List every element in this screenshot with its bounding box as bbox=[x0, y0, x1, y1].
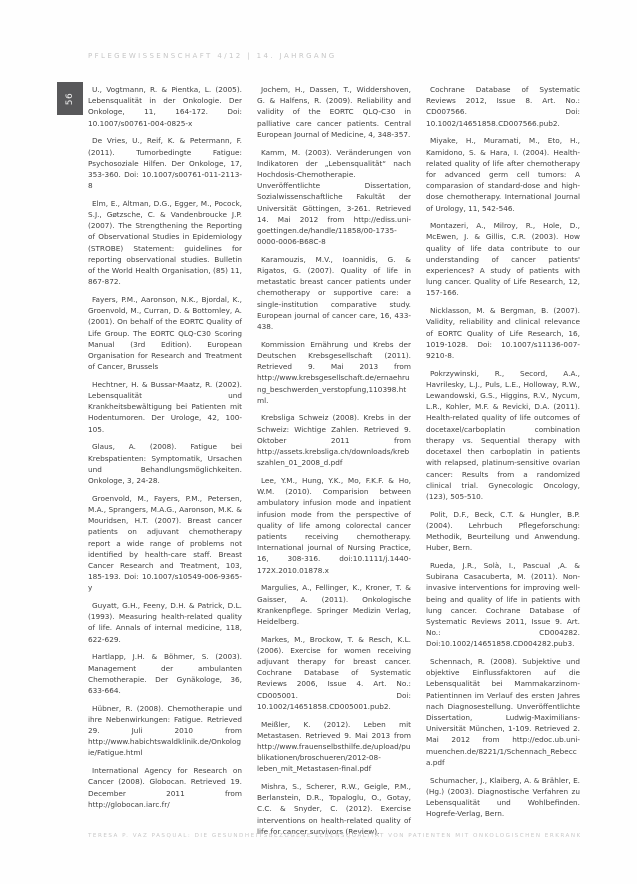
references-column-1: U., Vogtmann, R. & Pientka, L. (2005). L… bbox=[88, 84, 242, 844]
journal-header: Pflegewissenschaft 4/12 | 14. Jahrgang bbox=[88, 52, 337, 60]
reference-entry: Schumacher, J., Klaiberg, A. & Brähler, … bbox=[426, 775, 580, 820]
footer-text: Teresa P. Vaz Pasqual: Die gesundheitsbe… bbox=[88, 833, 580, 839]
reference-entry: Karamouzis, M.V., Ioannidis, G. & Rigato… bbox=[257, 254, 411, 332]
reference-entry: Schennach, R. (2008). Subjektive und obj… bbox=[426, 656, 580, 768]
reference-entry: Glaus, A. (2008). Fatigue bei Krebspatie… bbox=[88, 441, 242, 486]
document-page: Pflegewissenschaft 4/12 | 14. Jahrgang 5… bbox=[0, 0, 637, 884]
reference-entry: Elm, E., Altman, D.G., Egger, M., Pocock… bbox=[88, 198, 242, 288]
reference-entry: Lee, Y.M., Hung, Y.K., Mo, F.K.F. & Ho, … bbox=[257, 475, 411, 576]
reference-entry: Cochrane Database of Systematic Reviews … bbox=[426, 84, 580, 129]
reference-entry: Fayers, P.M., Aaronson, N.K., Bjordal, K… bbox=[88, 294, 242, 372]
reference-entry: Hechtner, H. & Bussar-Maatz, R. (2002). … bbox=[88, 379, 242, 435]
reference-entry: Markes, M., Brockow, T. & Resch, K.L. (2… bbox=[257, 634, 411, 712]
reference-entry: Kamm, M. (2003). Veränderungen von Indik… bbox=[257, 147, 411, 248]
reference-entry: Groenvold, M., Fayers, P.M., Petersen, M… bbox=[88, 493, 242, 594]
reference-entry: Nicklasson, M. & Bergman, B. (2007). Val… bbox=[426, 305, 580, 361]
reference-entry: Rueda, J.R., Solà, I., Pascual ,A. & Sub… bbox=[426, 560, 580, 650]
reference-entry: De Vries, U., Reif, K. & Petermann, F. (… bbox=[88, 135, 242, 191]
reference-entry: Jochem, H., Dassen, T., Widdershoven, G.… bbox=[257, 84, 411, 140]
reference-entry: Mishra, S., Scherer, R.W., Geigle, P.M.,… bbox=[257, 781, 411, 837]
references-column-2: Jochem, H., Dassen, T., Widdershoven, G.… bbox=[257, 84, 411, 844]
references-section: U., Vogtmann, R. & Pientka, L. (2005). L… bbox=[88, 84, 580, 844]
reference-entry: Guyatt, G.H., Feeny, D.H. & Patrick, D.L… bbox=[88, 600, 242, 645]
page-number-tab: 56 bbox=[57, 82, 83, 115]
reference-entry: Hübner, R. (2008). Chemotherapie und ihr… bbox=[88, 703, 242, 759]
reference-entry: Montazeri, A., Milroy, R., Hole, D., McE… bbox=[426, 220, 580, 298]
reference-entry: Kommission Ernährung und Krebs der Deuts… bbox=[257, 339, 411, 406]
reference-entry: Pokrzywinski, R., Secord, A.A., Havriles… bbox=[426, 368, 580, 502]
page-number: 56 bbox=[65, 92, 75, 104]
reference-entry: U., Vogtmann, R. & Pientka, L. (2005). L… bbox=[88, 84, 242, 129]
reference-entry: Polit, D.F., Beck, C.T. & Hungler, B.P. … bbox=[426, 509, 580, 554]
reference-entry: Margulies, A., Fellinger, K., Kroner, T.… bbox=[257, 582, 411, 627]
reference-entry: Miyake, H., Muramati, M., Eto, H., Kamid… bbox=[426, 135, 580, 213]
reference-entry: Meißler, K. (2012). Leben mit Metastasen… bbox=[257, 719, 411, 775]
reference-entry: Krebsliga Schweiz (2008). Krebs in der S… bbox=[257, 412, 411, 468]
references-column-3: Cochrane Database of Systematic Reviews … bbox=[426, 84, 580, 844]
reference-entry: International Agency for Research on Can… bbox=[88, 765, 242, 810]
reference-entry: Hartlapp, J.H. & Böhmer, S. (2003). Mana… bbox=[88, 651, 242, 696]
